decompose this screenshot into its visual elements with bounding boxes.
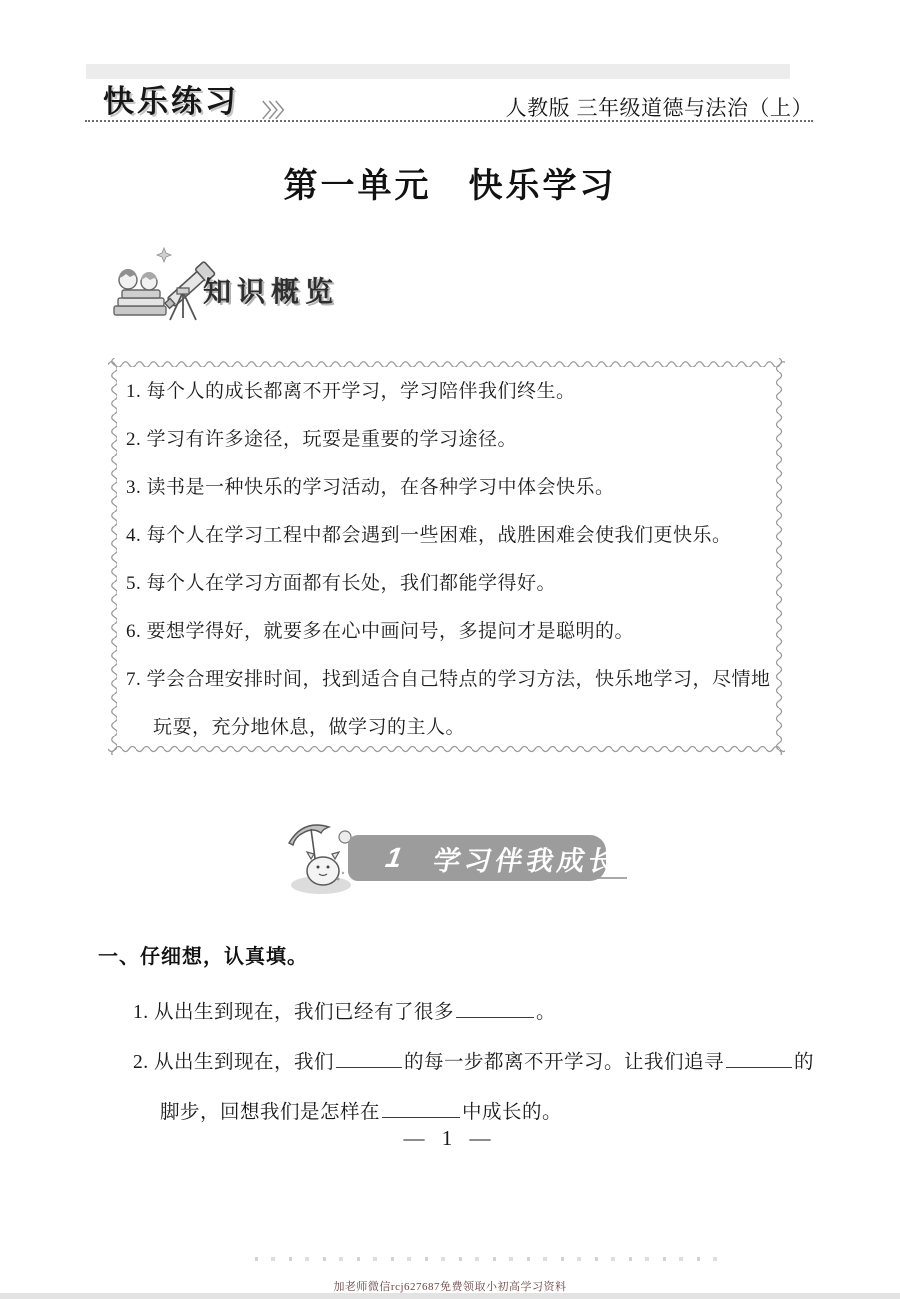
knowledge-point-7: 7. 学会合理安排时间，找到适合自己特点的学习方法，快乐地学习，尽情地玩耍，充分… <box>126 656 771 752</box>
question-2-text-c: 的 <box>794 1052 814 1073</box>
knowledge-point-6: 6. 要想学得好，就要多在心中画问号，多提问才是聪明的。 <box>126 608 771 656</box>
knowledge-point-4: 4. 每个人在学习工程中都会遇到一些困难，战胜困难会使我们更快乐。 <box>126 512 771 560</box>
wavy-border-right <box>776 358 785 755</box>
series-logo: 快乐练习 <box>103 76 239 121</box>
page-number: — 1 — <box>0 1126 900 1151</box>
knowledge-points-list: 1. 每个人的成长都离不开学习，学习陪伴我们终生。 2. 学习有许多途径，玩耍是… <box>126 368 771 752</box>
faint-print-artifact <box>255 1257 725 1261</box>
section-one-heading: 一、仔细想，认真填。 <box>98 940 308 969</box>
fill-blank[interactable] <box>382 1112 460 1118</box>
scan-edge-strip <box>0 1293 900 1299</box>
lesson-title-banner: 1 学习伴我成长 <box>348 835 606 881</box>
wavy-border-top <box>108 358 785 367</box>
question-1-text: 1. 从出生到现在，我们已经有了很多 <box>133 1002 454 1023</box>
knowledge-overview-badge: 知识概览 <box>203 270 339 310</box>
header-dotted-rule <box>85 120 813 122</box>
question-2-line-1: 2. 从出生到现在，我们的每一步都离不开学习。让我们追寻的 <box>133 1046 814 1074</box>
question-1: 1. 从出生到现在，我们已经有了很多。 <box>133 996 556 1024</box>
chevrons-icon: 〉〉〉 <box>262 96 291 123</box>
lesson-title: 学习伴我成长 <box>430 839 623 878</box>
question-2-text-b: 的每一步都离不开学习。让我们追寻 <box>404 1052 724 1073</box>
question-2-text-e: 中成长的。 <box>462 1102 562 1123</box>
lesson-header: 1 学习伴我成长 <box>283 813 683 903</box>
wavy-border-left <box>108 358 117 755</box>
knowledge-point-3: 3. 读书是一种快乐的学习活动，在各种学习中体会快乐。 <box>126 464 771 512</box>
question-1-period: 。 <box>536 1002 556 1023</box>
knowledge-point-1: 1. 每个人的成长都离不开学习，学习陪伴我们终生。 <box>126 368 771 416</box>
question-2-text-a: 2. 从出生到现在，我们 <box>133 1052 334 1073</box>
watermark-text: 加老师微信rcj627687免费领取小初高学习资料 <box>0 1278 900 1294</box>
knowledge-point-5: 5. 每个人在学习方面都有长处，我们都能学得好。 <box>126 560 771 608</box>
unit-title: 第一单元 快乐学习 <box>0 158 900 207</box>
knowledge-overview-box: 1. 每个人的成长都离不开学习，学习陪伴我们终生。 2. 学习有许多途径，玩耍是… <box>108 358 785 755</box>
question-2-line-2: 脚步，回想我们是怎样在中成长的。 <box>160 1096 562 1124</box>
workbook-page: 快乐练习 〉〉〉 人教版 三年级道德与法治（上） 第一单元 快乐学习 知识概览 <box>0 0 900 1299</box>
knowledge-point-2: 2. 学习有许多途径，玩耍是重要的学习途径。 <box>126 416 771 464</box>
fill-blank[interactable] <box>336 1062 402 1068</box>
fill-blank[interactable] <box>726 1062 792 1068</box>
lesson-number: 1 <box>383 842 404 874</box>
fill-blank[interactable] <box>456 1012 534 1018</box>
edition-label: 人教版 三年级道德与法治（上） <box>506 92 813 122</box>
question-2-text-d: 脚步，回想我们是怎样在 <box>160 1102 380 1123</box>
